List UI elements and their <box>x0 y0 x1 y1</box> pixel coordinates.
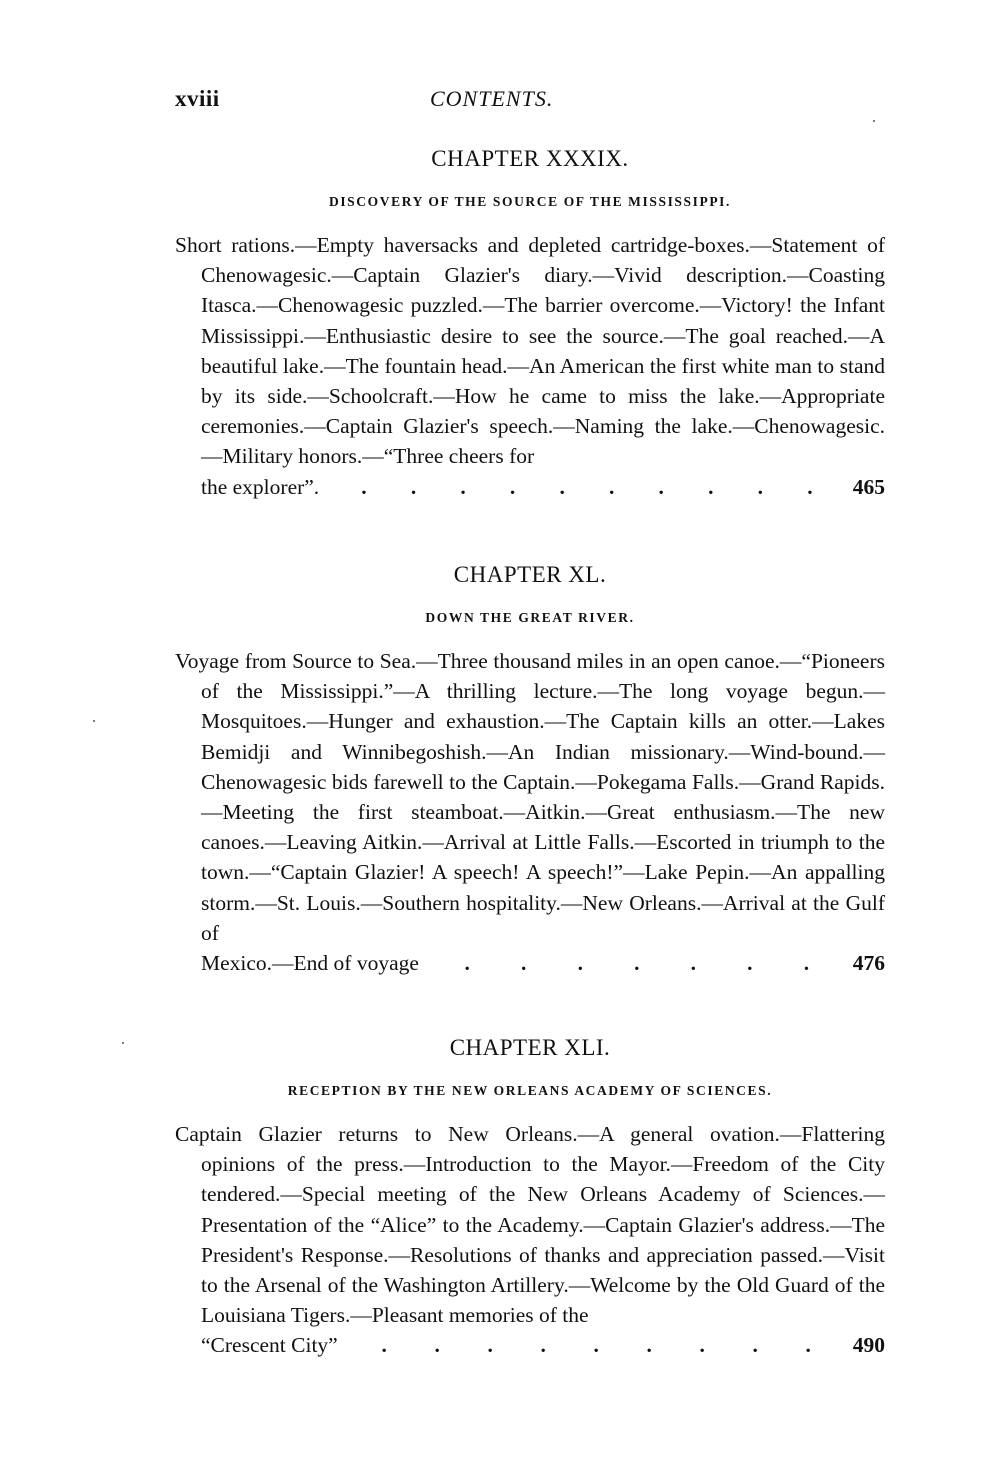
toc-leader-line: the explorer”. .......... 465 <box>175 472 885 502</box>
chapter-title: CHAPTER XL. <box>175 560 885 590</box>
scan-speck <box>873 120 875 122</box>
dot-leader: .......... <box>319 472 853 502</box>
book-page: xviii CONTENTS. CHAPTER XXXIX. DISCOVERY… <box>0 0 1000 1472</box>
summary-text: Voyage from Source to Sea.—Three thousan… <box>175 649 885 945</box>
scan-speck <box>122 1042 124 1044</box>
chapter-summary: Short rations.—Empty haversacks and depl… <box>175 230 885 502</box>
chapter-summary: Voyage from Source to Sea.—Three thousan… <box>175 646 885 978</box>
page-number-link[interactable]: 465 <box>853 472 885 502</box>
running-head: xviii CONTENTS. <box>175 86 885 116</box>
chapter-subtitle: DISCOVERY OF THE SOURCE OF THE MISSISSIP… <box>175 192 885 212</box>
running-title: CONTENTS. <box>430 86 553 112</box>
dot-leader: ....... <box>419 948 853 978</box>
page-number-link[interactable]: 476 <box>853 948 885 978</box>
summary-text: Captain Glazier returns to New Orleans.—… <box>175 1122 885 1327</box>
chapter-subtitle: RECEPTION BY THE NEW ORLEANS ACADEMY OF … <box>175 1081 885 1101</box>
summary-last-line: the explorer”. <box>201 472 319 502</box>
chapter-title: CHAPTER XXXIX. <box>175 144 885 174</box>
chapter-entry-40: CHAPTER XL. DOWN THE GREAT RIVER. Voyage… <box>175 560 885 978</box>
page-number-link[interactable]: 490 <box>853 1330 885 1360</box>
chapter-entry-39: CHAPTER XXXIX. DISCOVERY OF THE SOURCE O… <box>175 144 885 502</box>
page-folio: xviii <box>175 86 220 112</box>
scan-speck <box>93 720 95 722</box>
toc-leader-line: Mexico.—End of voyage ....... 476 <box>175 948 885 978</box>
chapter-entry-41: CHAPTER XLI. RECEPTION BY THE NEW ORLEAN… <box>175 1033 885 1361</box>
chapter-summary: Captain Glazier returns to New Orleans.—… <box>175 1119 885 1361</box>
dot-leader: ......... <box>338 1330 853 1360</box>
chapter-title: CHAPTER XLI. <box>175 1033 885 1063</box>
summary-text: Short rations.—Empty haversacks and depl… <box>175 233 885 468</box>
summary-last-line: Mexico.—End of voyage <box>201 948 419 978</box>
toc-leader-line: “Crescent City” ......... 490 <box>175 1330 885 1360</box>
chapter-subtitle: DOWN THE GREAT RIVER. <box>175 608 885 628</box>
summary-last-line: “Crescent City” <box>201 1330 338 1360</box>
